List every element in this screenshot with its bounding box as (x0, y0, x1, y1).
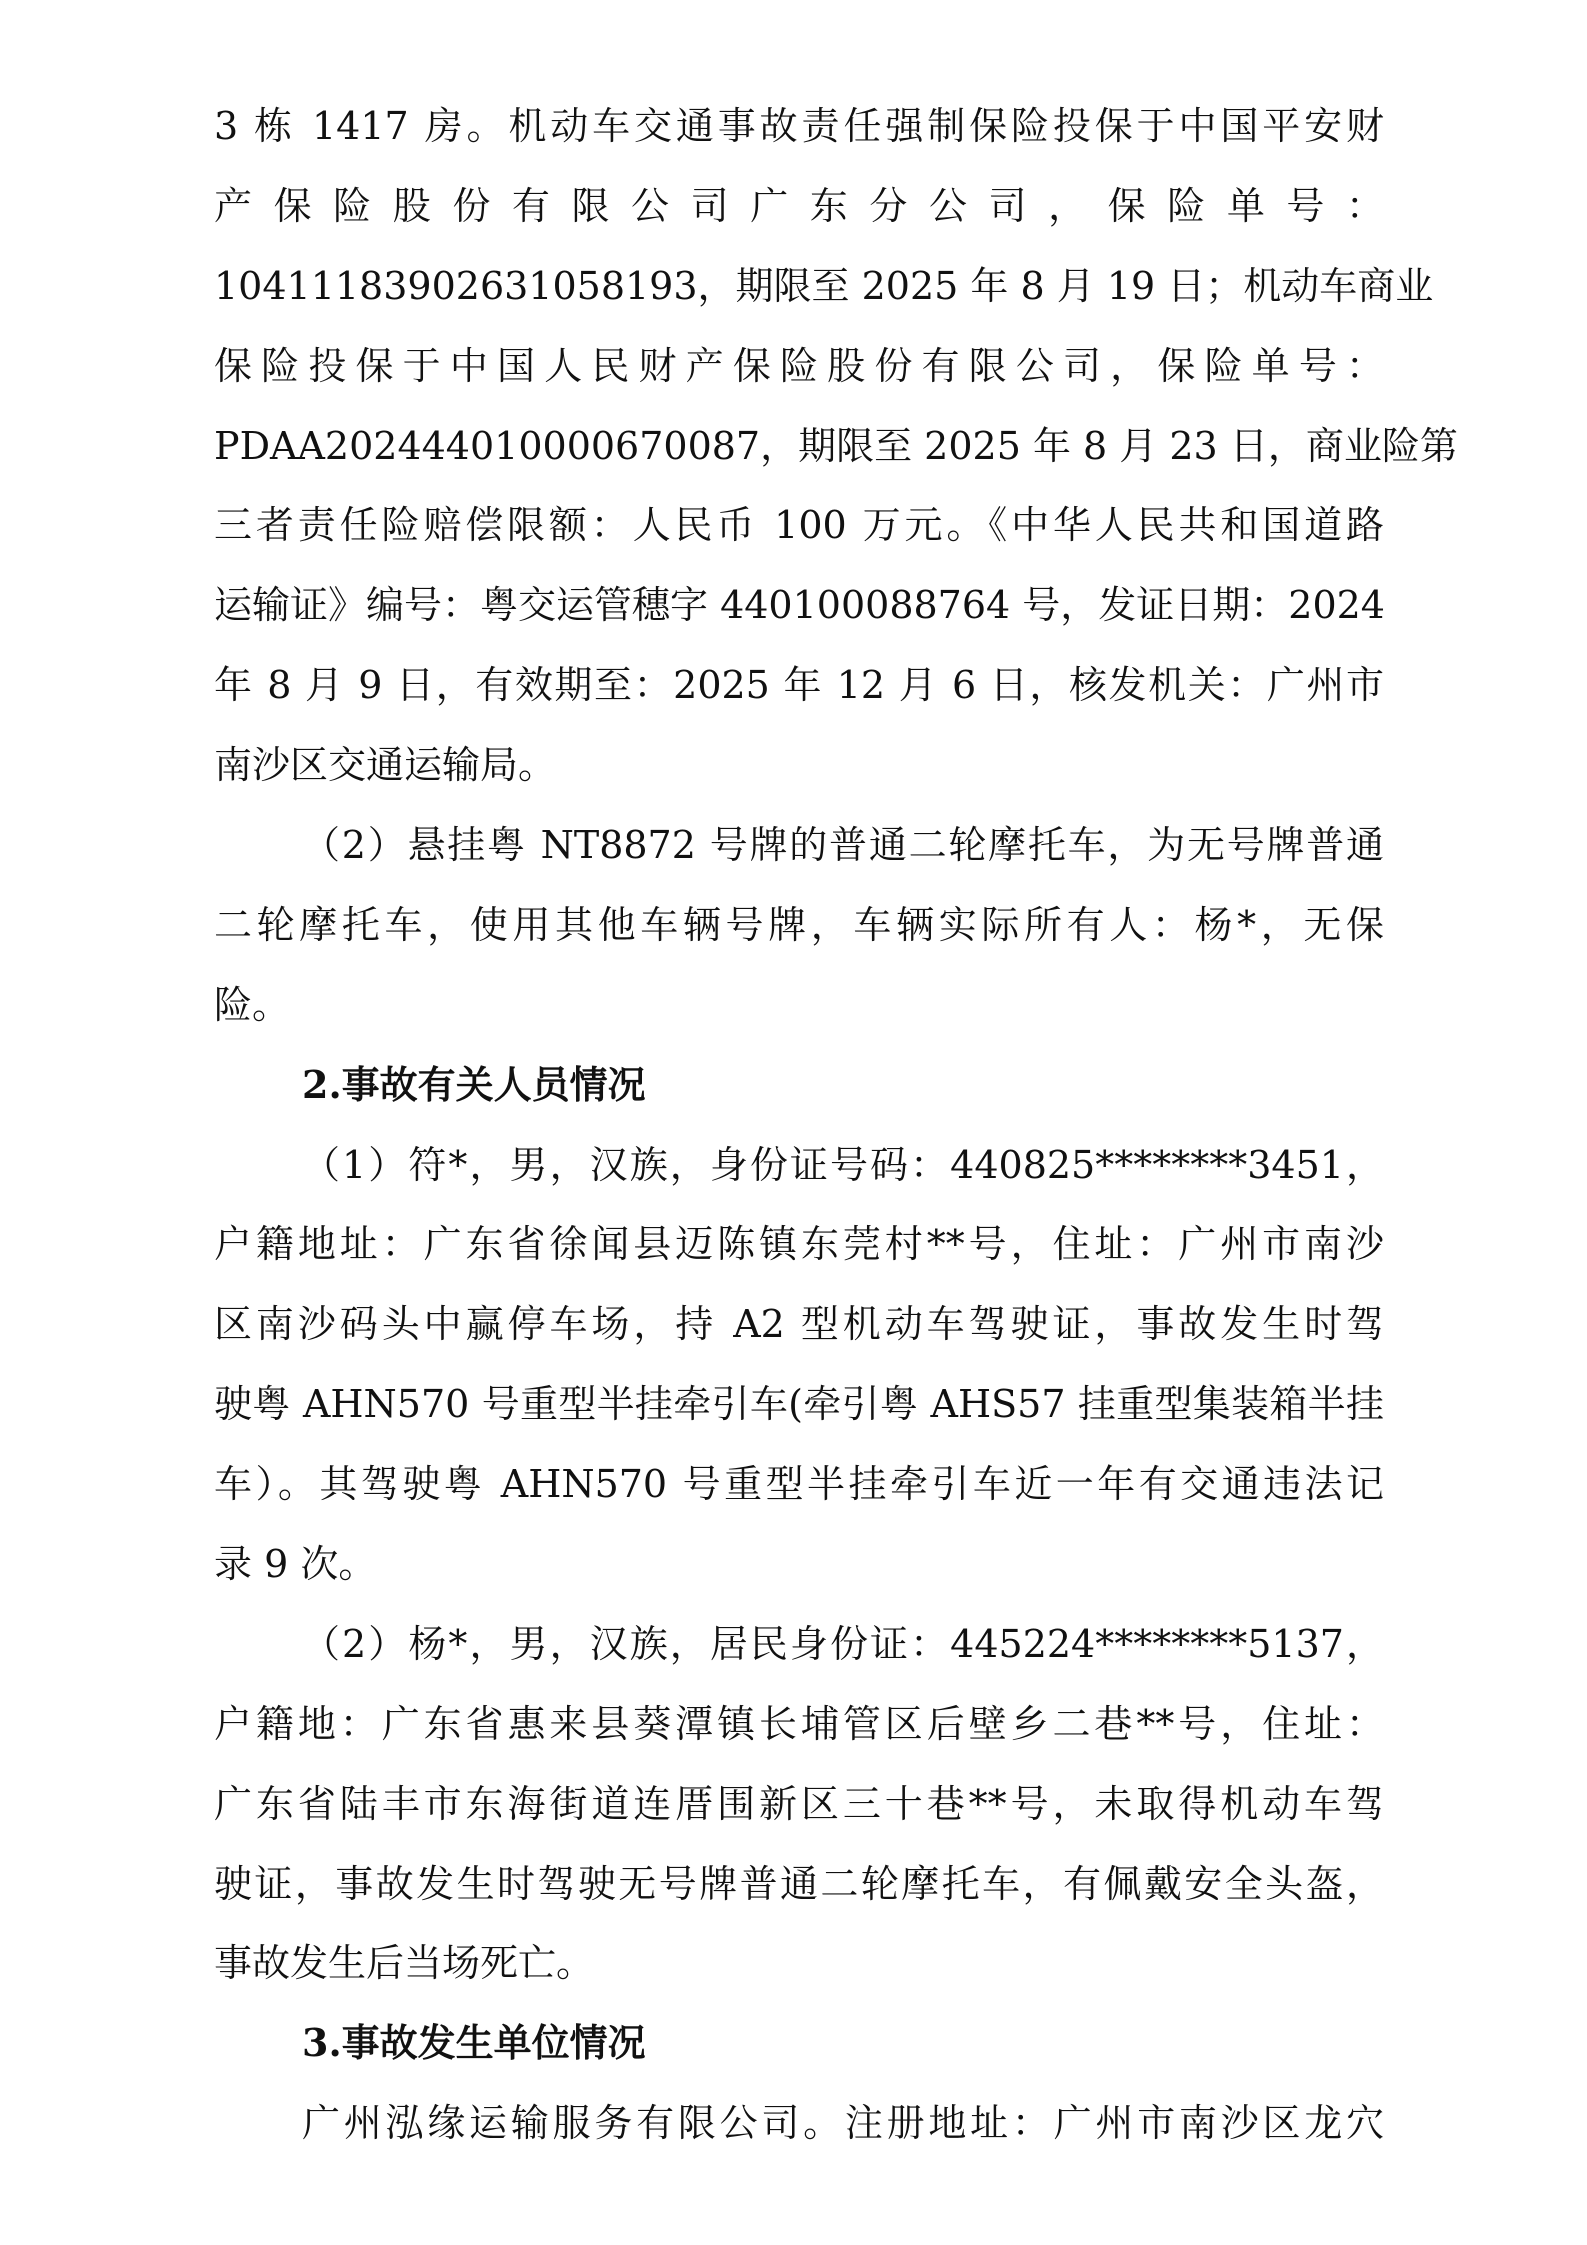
paragraph-line: 区南沙码头中赢停车场，持 A2 型机动车驾驶证，事故发生时驾 (214, 1296, 1384, 1376)
paragraph-line: 三者责任险赔偿限额：人民币 100 万元。《中华人民共和国道路 (214, 497, 1384, 577)
paragraph-line: 保险投保于中国人民财产保险股份有限公司，保险单号： (214, 338, 1384, 418)
paragraph-line: （1）符*，男，汉族，身份证号码：440825********3451， (214, 1137, 1384, 1217)
paragraph-line: 录 9 次。 (214, 1536, 1384, 1616)
document-page: 3 栋 1417 房。机动车交通事故责任强制保险投保于中国平安财 产 保 险 股… (0, 0, 1587, 2245)
section-heading: 3.事故发生单位情况 (214, 2015, 1384, 2095)
paragraph-line: 二轮摩托车，使用其他车辆号牌，车辆实际所有人：杨*，无保 (214, 897, 1384, 977)
paragraph-line: 南沙区交通运输局。 (214, 737, 1384, 817)
paragraph-line: 运输证》编号：粤交运管穗字 440100088764 号，发证日期：2024 (214, 577, 1384, 657)
paragraph-line: （2）杨*，男，汉族，居民身份证：445224********5137， (214, 1616, 1384, 1696)
paragraph-line: 事故发生后当场死亡。 (214, 1935, 1384, 2015)
paragraph-line: 年 8 月 9 日，有效期至：2025 年 12 月 6 日，核发机关：广州市 (214, 657, 1384, 737)
paragraph-line: 10411183902631058193，期限至 2025 年 8 月 19 日… (214, 258, 1384, 338)
paragraph-line: 车）。其驾驶粤 AHN570 号重型半挂牵引车近一年有交通违法记 (214, 1456, 1384, 1536)
section-heading: 2.事故有关人员情况 (214, 1057, 1384, 1137)
paragraph-line: 险。 (214, 977, 1384, 1057)
paragraph-line: 3 栋 1417 房。机动车交通事故责任强制保险投保于中国平安财 (214, 98, 1384, 178)
paragraph-line: 产 保 险 股 份 有 限 公 司 广 东 分 公 司 ， 保 险 单 号 ： (214, 178, 1384, 258)
document-body: 3 栋 1417 房。机动车交通事故责任强制保险投保于中国平安财 产 保 险 股… (214, 98, 1384, 2175)
paragraph-line: 户籍地址：广东省徐闻县迈陈镇东莞村**号，住址：广州市南沙 (214, 1216, 1384, 1296)
paragraph-line: PDAA202444010000670087，期限至 2025 年 8 月 23… (214, 418, 1384, 498)
paragraph-line: （2）悬挂粤 NT8872 号牌的普通二轮摩托车，为无号牌普通 (214, 817, 1384, 897)
paragraph-line: 广东省陆丰市东海街道连厝围新区三十巷**号，未取得机动车驾 (214, 1776, 1384, 1856)
paragraph-line: 驶证，事故发生时驾驶无号牌普通二轮摩托车，有佩戴安全头盔， (214, 1856, 1384, 1936)
paragraph-line: 户籍地：广东省惠来县葵潭镇长埔管区后壁乡二巷**号，住址： (214, 1696, 1384, 1776)
paragraph-line: 广州泓缘运输服务有限公司。注册地址：广州市南沙区龙穴 (214, 2095, 1384, 2175)
paragraph-line: 驶粤 AHN570 号重型半挂牵引车(牵引粤 AHS57 挂重型集装箱半挂 (214, 1376, 1384, 1456)
